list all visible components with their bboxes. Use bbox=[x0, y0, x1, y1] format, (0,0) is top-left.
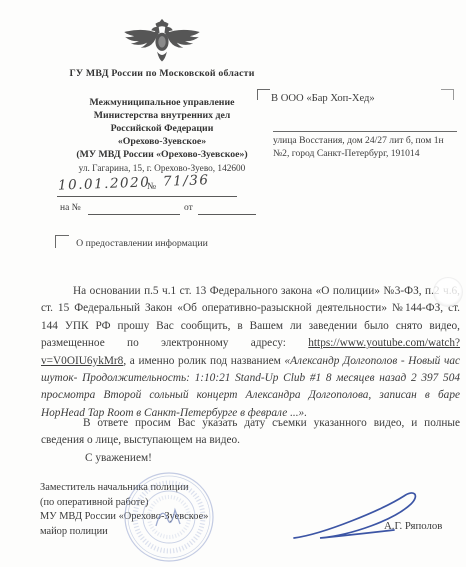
registration-underline bbox=[57, 196, 237, 197]
reference-underline-1 bbox=[88, 214, 180, 215]
org-line: (МУ МВД России «Орехово-Зуевское») bbox=[22, 148, 302, 161]
scanned-letter: ГУ МВД России по Московской области Межм… bbox=[0, 0, 466, 567]
mvd-eagle-emblem-icon bbox=[121, 16, 203, 66]
letterhead-org: Межмуниципальное управление Министерства… bbox=[22, 96, 302, 161]
recipient-rule bbox=[273, 131, 457, 132]
letterhead-authority: ГУ МВД России по Московской области bbox=[22, 68, 302, 79]
org-line: Министерства внутренних дел bbox=[22, 109, 302, 122]
letterhead-postal-address: ул. Гагарина, 15, г. Орехово-Зуево, 1426… bbox=[22, 164, 302, 174]
recipient-address-line: улица Восстания, дом 24/27 лит б, пом 1н bbox=[273, 135, 463, 148]
recipient-address: улица Восстания, дом 24/27 лит б, пом 1н… bbox=[273, 135, 463, 160]
handwritten-reg-number: 71/36 bbox=[163, 172, 210, 190]
recipient-corner-bracket-right bbox=[441, 89, 454, 100]
recipient-corner-bracket-left bbox=[257, 89, 270, 100]
subject-line: О предоставлении информации bbox=[30, 238, 254, 249]
round-stamp bbox=[122, 470, 216, 564]
org-line: «Орехово-Зуевское» bbox=[22, 135, 302, 148]
closing-line: С уважением! bbox=[85, 452, 152, 464]
number-sign: № bbox=[147, 182, 156, 192]
body-paragraph-1: На основании п.5 ч.1 ст. 13 Федерального… bbox=[41, 283, 460, 422]
hole-punch-mark bbox=[433, 277, 463, 307]
handwritten-signature bbox=[290, 486, 430, 548]
body-paragraph-2: В ответе просим Вас указать дату съемки … bbox=[41, 415, 460, 450]
reference-ot-label: от bbox=[184, 203, 193, 213]
signer-name: А.Г. Ряполов bbox=[384, 520, 442, 532]
body-text: , а именно ролик под названием bbox=[123, 355, 280, 367]
reference-na-label: на № bbox=[60, 203, 81, 213]
reference-underline-2 bbox=[198, 214, 256, 215]
recipient-name: В ООО «Бар Хоп-Хед» bbox=[271, 93, 375, 104]
handwritten-reg-date: 10.01.2020 bbox=[58, 174, 151, 193]
org-line: Российской Федерации bbox=[22, 122, 302, 135]
recipient-address-line: №2, город Санкт-Петербург, 191014 bbox=[273, 148, 463, 161]
